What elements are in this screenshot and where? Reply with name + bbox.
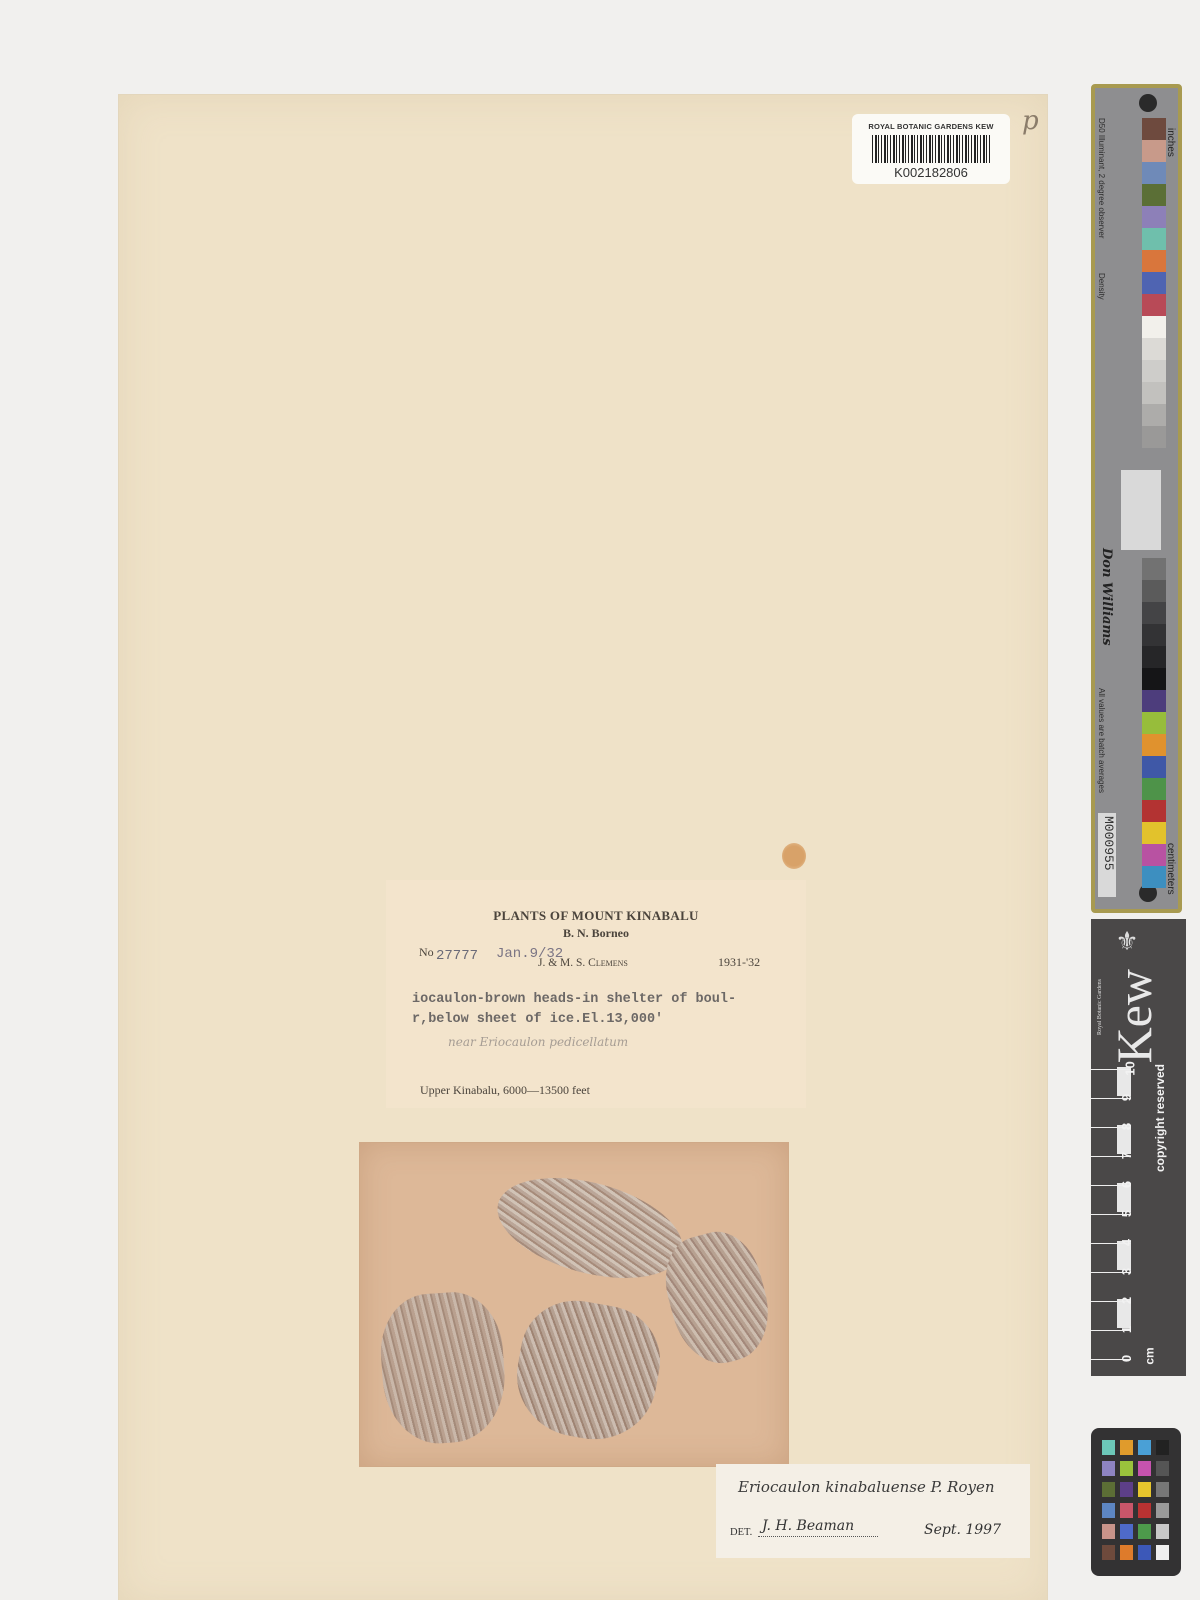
collection-notes: iocaulon-brown heads-in shelter of boul-… [412,990,792,1030]
color-patch [1120,1440,1133,1455]
scale-number: 2 [1119,1297,1134,1304]
color-patch [1138,1524,1151,1539]
scale-number: 4 [1119,1239,1134,1246]
color-swatch [1142,360,1166,382]
scale-number: 10 [1123,1061,1138,1075]
color-patch [1120,1545,1133,1560]
color-patch [1156,1440,1169,1455]
color-patch [1120,1503,1133,1518]
color-patch [1102,1440,1115,1455]
color-patch [1138,1545,1151,1560]
color-patch [1120,1461,1133,1476]
color-patch [1156,1503,1169,1518]
det-dotted-line [758,1536,878,1537]
ruler-id: M000955 [1098,813,1116,897]
stain-spot [782,843,806,869]
collection-title: PLANTS OF MOUNT KINABALU [386,908,806,924]
color-patch [1102,1524,1115,1539]
collection-label: PLANTS OF MOUNT KINABALU B. N. Borneo No… [386,880,806,1108]
kew-subtitle: Royal Botanic Gardens [1097,979,1103,1035]
color-patch [1102,1482,1115,1497]
barcode-label: ROYAL BOTANIC GARDENS KEW K002182806 [852,114,1010,184]
color-swatch [1142,646,1166,668]
color-swatch [1142,712,1166,734]
color-swatch [1142,734,1166,756]
kew-logo: Kew [1109,969,1159,1063]
cm-unit-label: cm [1143,1347,1157,1364]
color-swatch [1142,822,1166,844]
swatches-bottom [1142,558,1166,888]
color-swatch [1142,206,1166,228]
scale-number: 3 [1119,1268,1134,1275]
kew-crest-icon: ⚜ [1113,927,1141,963]
ruler-hole-icon [1139,94,1157,112]
color-swatch [1142,250,1166,272]
color-patch [1138,1461,1151,1476]
color-swatch [1142,426,1166,448]
color-patch [1120,1482,1133,1497]
color-swatch [1142,228,1166,250]
color-swatch [1142,624,1166,646]
color-patch [1156,1524,1169,1539]
color-swatch [1142,184,1166,206]
color-swatch [1142,272,1166,294]
color-swatch [1142,866,1166,888]
kew-scale-bar: ⚜ Royal Botanic Gardens Kew copyright re… [1091,919,1186,1376]
color-checker-card [1091,1428,1181,1576]
specimen-clump [377,1289,509,1447]
color-swatch [1142,404,1166,426]
collectors: J. & M. S. Clemens [538,957,628,969]
color-swatch [1142,800,1166,822]
copyright-text: copyright reserved [1153,1064,1167,1172]
color-patch [1138,1482,1151,1497]
scale-number: 6 [1119,1181,1134,1188]
color-ruler: inches D50 Illuminant, 2 degree observer… [1091,84,1182,913]
color-patch [1102,1461,1115,1476]
barcode-icon [872,135,990,163]
color-patch [1156,1545,1169,1560]
density-label: Density [1097,273,1106,300]
scale-number: 0 [1119,1355,1134,1362]
color-swatch [1142,140,1166,162]
color-swatch [1142,756,1166,778]
color-patch [1156,1482,1169,1497]
color-patch [1120,1524,1133,1539]
color-swatch [1142,668,1166,690]
swatches-top [1142,118,1166,448]
color-patch [1138,1440,1151,1455]
color-swatch [1142,338,1166,360]
color-swatch [1142,580,1166,602]
collection-years: 1931-'32 [718,955,760,970]
determination-date: Sept. 1997 [924,1522,1001,1538]
ruler-brand: Don Williams [1099,548,1114,646]
notes-line-1: iocaulon-brown heads-in shelter of boul- [412,990,792,1010]
handwritten-note: near Eriocaulon pedicellatum [448,1035,628,1049]
specimen-clump [487,1160,694,1296]
color-patch [1102,1545,1115,1560]
color-swatch [1142,162,1166,184]
color-swatch [1142,118,1166,140]
number-prefix: No [419,945,434,960]
institution-name: ROYAL BOTANIC GARDENS KEW [852,122,1010,131]
scale-number: 7 [1119,1152,1134,1159]
color-swatch [1142,558,1166,580]
color-patch [1102,1503,1115,1518]
batch-note: All values are batch averages [1097,688,1106,793]
notes-line-2: r,below sheet of ice.El.13,000' [412,1010,792,1030]
color-patch [1138,1503,1151,1518]
det-prefix: DET. [730,1527,752,1538]
color-swatch [1142,844,1166,866]
specimen-clump [507,1292,668,1449]
scale-number: 5 [1119,1210,1134,1217]
determination-label: Eriocaulon kinabaluense P. Royen DET. J.… [716,1464,1030,1558]
centimeters-label: centimeters [1165,843,1176,895]
collection-number: 27777 [436,948,478,964]
collection-region: B. N. Borneo [386,926,806,941]
gray-target [1121,470,1161,550]
inches-label: inches [1165,128,1176,157]
color-swatch [1142,602,1166,624]
color-swatch [1142,316,1166,338]
barcode-number: K002182806 [852,165,1010,180]
scale-number: 1 [1119,1326,1134,1333]
determiner: J. H. Beaman [762,1518,854,1534]
color-swatch [1142,382,1166,404]
color-swatch [1142,690,1166,712]
specimen-packet [359,1142,789,1467]
scale-number: 8 [1119,1123,1134,1130]
illuminant-note: D50 Illuminant, 2 degree observer [1097,118,1106,239]
corner-mark: p [1022,106,1039,136]
taxon-name: Eriocaulon kinabaluense P. Royen [738,1478,995,1496]
color-swatch [1142,294,1166,316]
scale-number: 9 [1119,1094,1134,1101]
color-swatch [1142,778,1166,800]
color-checker-grid [1102,1440,1169,1560]
locality: Upper Kinabalu, 6000—13500 feet [420,1083,590,1098]
color-patch [1156,1461,1169,1476]
